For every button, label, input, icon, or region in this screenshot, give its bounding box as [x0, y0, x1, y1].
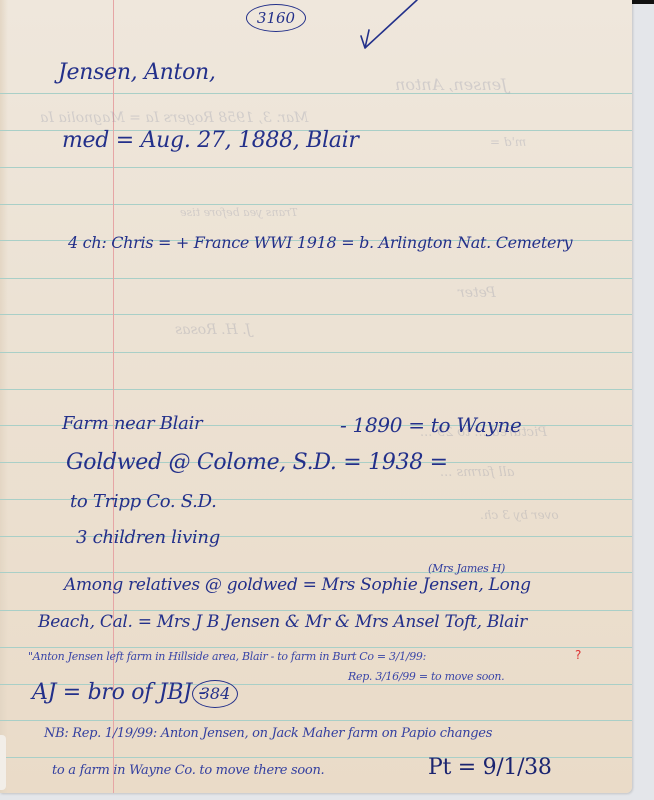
- nb-note-line-1: NB: Rep. 1/19/99: Anton Jensen, on Jack …: [44, 726, 492, 741]
- relatives-line-1: Among relatives @ goldwed = Mrs Sophie J…: [64, 575, 531, 595]
- tripp-line: to Tripp Co. S.D.: [70, 491, 217, 512]
- ruled-line: [0, 647, 632, 648]
- reference-number-circled: 384: [192, 680, 238, 708]
- child-line: 4 ch: Chris = + France WWI 1918 = b. Arl…: [68, 233, 572, 252]
- ruled-line: [0, 93, 632, 94]
- ruled-line: [0, 352, 632, 353]
- nb-note-line-2: to a farm in Wayne Co. to move there soo…: [52, 763, 324, 778]
- ghost-text: Jensen, Anton: [395, 75, 508, 94]
- ruled-line: [0, 314, 632, 315]
- torn-edge: [0, 735, 6, 790]
- ruled-line: [0, 278, 632, 279]
- record-number-circled: 3160: [246, 4, 306, 32]
- ruled-line: [0, 610, 632, 611]
- rep-note: Rep. 3/16/99 = to move soon.: [348, 670, 504, 683]
- children-line: 3 children living: [76, 527, 220, 548]
- farm-line: Farm near Blair: [62, 413, 202, 434]
- ghost-text: Peter: [458, 285, 496, 301]
- relatives-line-2: Beach, Cal. = Mrs J B Jensen & Mr & Mrs …: [38, 612, 527, 632]
- notebook-page: Jensen, Anton Mar. 3, 1958 Rogers Ia = M…: [0, 0, 632, 793]
- brothers-line: AJ = bro of JBJ -: [32, 680, 205, 705]
- ruled-line: [0, 572, 632, 573]
- moved-line: - 1890 = to Wayne: [340, 413, 522, 437]
- goldwed-line: Goldwed @ Colome, S.D. = 1938 =: [66, 450, 448, 475]
- ruled-line: [0, 389, 632, 390]
- ruled-line: [0, 204, 632, 205]
- ruled-line: [0, 720, 632, 721]
- ghost-text: Trans yea before tise: [180, 206, 298, 219]
- ghost-text: all farms ...: [440, 465, 515, 480]
- scanner-edge-strip: [630, 0, 654, 4]
- marriage-line: med = Aug. 27, 1888, Blair: [62, 128, 359, 153]
- ruled-line: [0, 167, 632, 168]
- ghost-text: Mar. 3, 1958 Rogers Ia = Magnolia Ia: [40, 110, 308, 126]
- pt-date: Pt = 9/1/38: [428, 755, 552, 780]
- relatives-annotation: (Mrs James H): [428, 562, 505, 575]
- ghost-text: J. H. Rosas: [175, 322, 251, 338]
- ghost-text: over by 3 ch.: [480, 508, 559, 522]
- checkmark-arrow-icon: [355, 0, 435, 56]
- left-farm-note: "Anton Jensen left farm in Hillside area…: [28, 650, 426, 663]
- name-heading: Jensen, Anton,: [58, 60, 216, 85]
- margin-question-mark: ?: [575, 648, 581, 662]
- ghost-text: m'd =: [490, 135, 526, 149]
